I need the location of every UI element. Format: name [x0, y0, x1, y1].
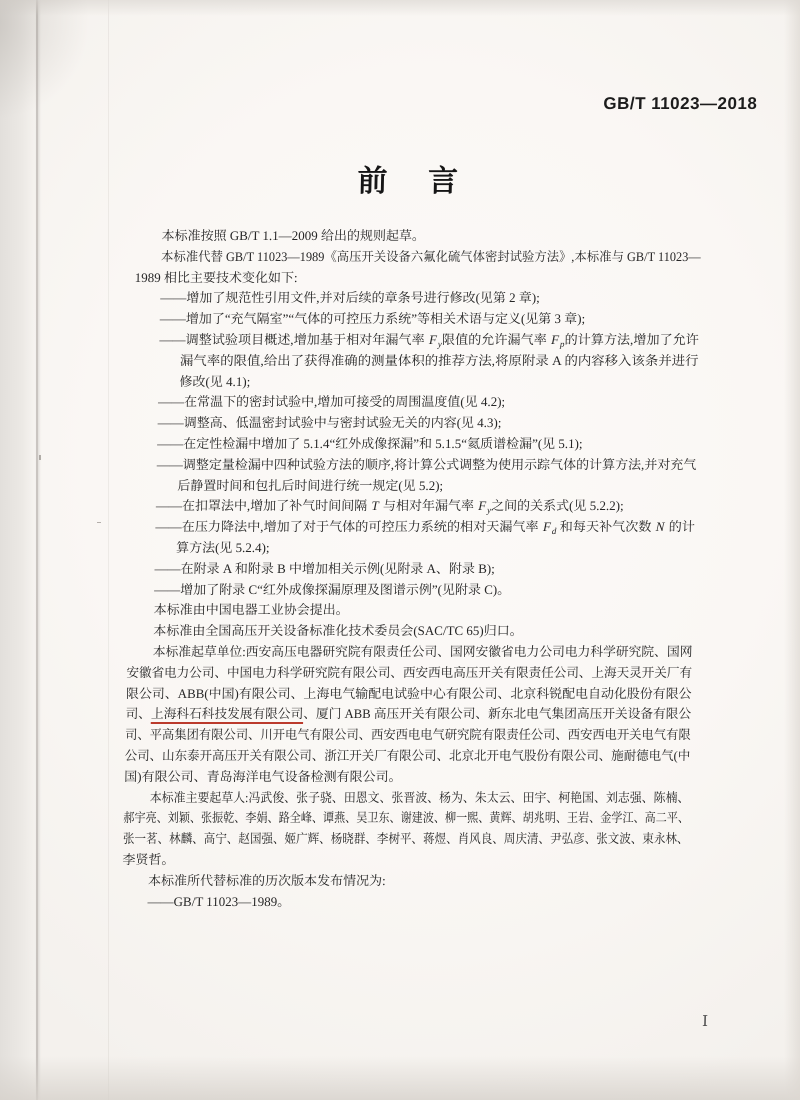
body-line: 郝宇亮、刘颖、张振乾、李娟、路全峰、谭燕、吴卫东、谢建波、柳一熙、黄辉、胡兆明、…: [123, 808, 689, 829]
page-title: 前言: [7, 156, 800, 200]
body-line: 漏气率的限值,给出了获得准确的测量体积的推荐方法,将原附录 A 的内容移入该条并…: [133, 351, 699, 372]
body-line: ——GB/T 11023—1989。: [121, 892, 687, 913]
body-line: ——增加了“充气隔室”“气体的可控压力系统”等相关术语与定义(见第 3 章);: [134, 309, 700, 330]
body-line: ——调整试验项目概述,增加基于相对年漏气率 Fy限值的允许漏气率 Fp的计算方法…: [133, 330, 699, 351]
body-line: ——在扣罩法中,增加了补气时间间隔 T 与相对年漏气率 Fy之间的关系式(见 5…: [130, 496, 696, 517]
body-line: ——在压力降法中,增加了对于气体的可控压力系统的相对天漏气率 Fd 和每天补气次…: [129, 517, 695, 538]
page-number: Ⅰ: [702, 1012, 708, 1031]
body-line: 本标准主要起草人:冯武俊、张子骁、田恩文、张晋波、杨为、朱太云、田宇、柯艳国、刘…: [124, 788, 690, 809]
body-line: 安徽省电力公司、中国电力科学研究院有限公司、西安西电高压开关有限责任公司、上海天…: [126, 663, 692, 684]
body-line: ——在定性检漏中增加了 5.1.4“红外成像探漏”和 5.1.5“氦质谱检漏”(…: [131, 434, 697, 455]
body-line: 1989 相比主要技术变化如下:: [134, 268, 700, 289]
body-line: ——增加了规范性引用文件,并对后续的章条号进行修改(见第 2 章);: [134, 288, 700, 309]
printed-content: GB/T 11023—2018 前言 本标准按照 GB/T 1.1—2009 给…: [0, 0, 800, 1100]
body-line: 本标准由中国电器工业协会提出。: [128, 600, 694, 621]
body-line: 限公司、ABB(中国)有限公司、上海电气输配电试验中心有限公司、北京科锐配电自动…: [126, 684, 692, 705]
body-line: 国)有限公司、青岛海洋电气设备检测有限公司。: [124, 767, 690, 788]
red-underline-highlight: 上海科石科技发展有限公司: [151, 706, 304, 724]
body-line: 司、平高集团有限公司、川开电气有限公司、西安西电电气研究院有限责任公司、西安西电…: [125, 725, 691, 746]
body-line: ——在附录 A 和附录 B 中增加相关示例(见附录 A、附录 B);: [128, 559, 694, 580]
body-line: 后静置时间和包扎后时间进行统一规定(见 5.2);: [130, 476, 696, 497]
body-line: ——在常温下的密封试验中,增加可接受的周围温度值(见 4.2);: [132, 392, 698, 413]
body-line: 李贤哲。: [122, 850, 688, 871]
body-line: 本标准按照 GB/T 1.1—2009 给出的规则起草。: [135, 226, 701, 247]
foreword-body: 本标准按照 GB/T 1.1—2009 给出的规则起草。本标准代替 GB/T 1…: [121, 226, 701, 912]
body-line: 张一茗、林麟、高宁、赵国强、姬广辉、杨晓群、李树平、蒋煜、肖风良、周庆清、尹弘彦…: [123, 829, 689, 850]
standard-code: GB/T 11023—2018: [603, 94, 757, 114]
body-line: ——调整高、低温密封试验中与密封试验无关的内容(见 4.3);: [131, 413, 697, 434]
body-line: 司、上海科石科技发展有限公司、厦门 ABB 高压开关有限公司、新东北电气集团高压…: [125, 704, 691, 725]
body-line: 本标准所代替标准的历次版本发布情况为:: [122, 871, 688, 892]
body-line: ——调整定量检漏中四种试验方法的顺序,将计算公式调整为使用示踪气体的计算方法,并…: [131, 455, 697, 476]
body-line: 公司、山东泰开高压开关有限公司、浙江开关厂有限公司、北京北开电气股份有限公司、施…: [124, 746, 690, 767]
body-line: 本标准起草单位:西安高压电器研究院有限责任公司、国网安徽省电力公司电力科学研究院…: [127, 642, 693, 663]
scanned-page: GB/T 11023—2018 前言 本标准按照 GB/T 1.1—2009 给…: [0, 0, 800, 1100]
body-line: 本标准由全国高压开关设备标准化技术委员会(SAC/TC 65)归口。: [127, 621, 693, 642]
body-line: ——增加了附录 C“红外成像探漏原理及图谱示例”(见附录 C)。: [128, 580, 694, 601]
body-line: 修改(见 4.1);: [132, 372, 698, 393]
body-line: 本标准代替 GB/T 11023—1989《高压开关设备六氟化硫气体密封试验方法…: [135, 247, 701, 268]
